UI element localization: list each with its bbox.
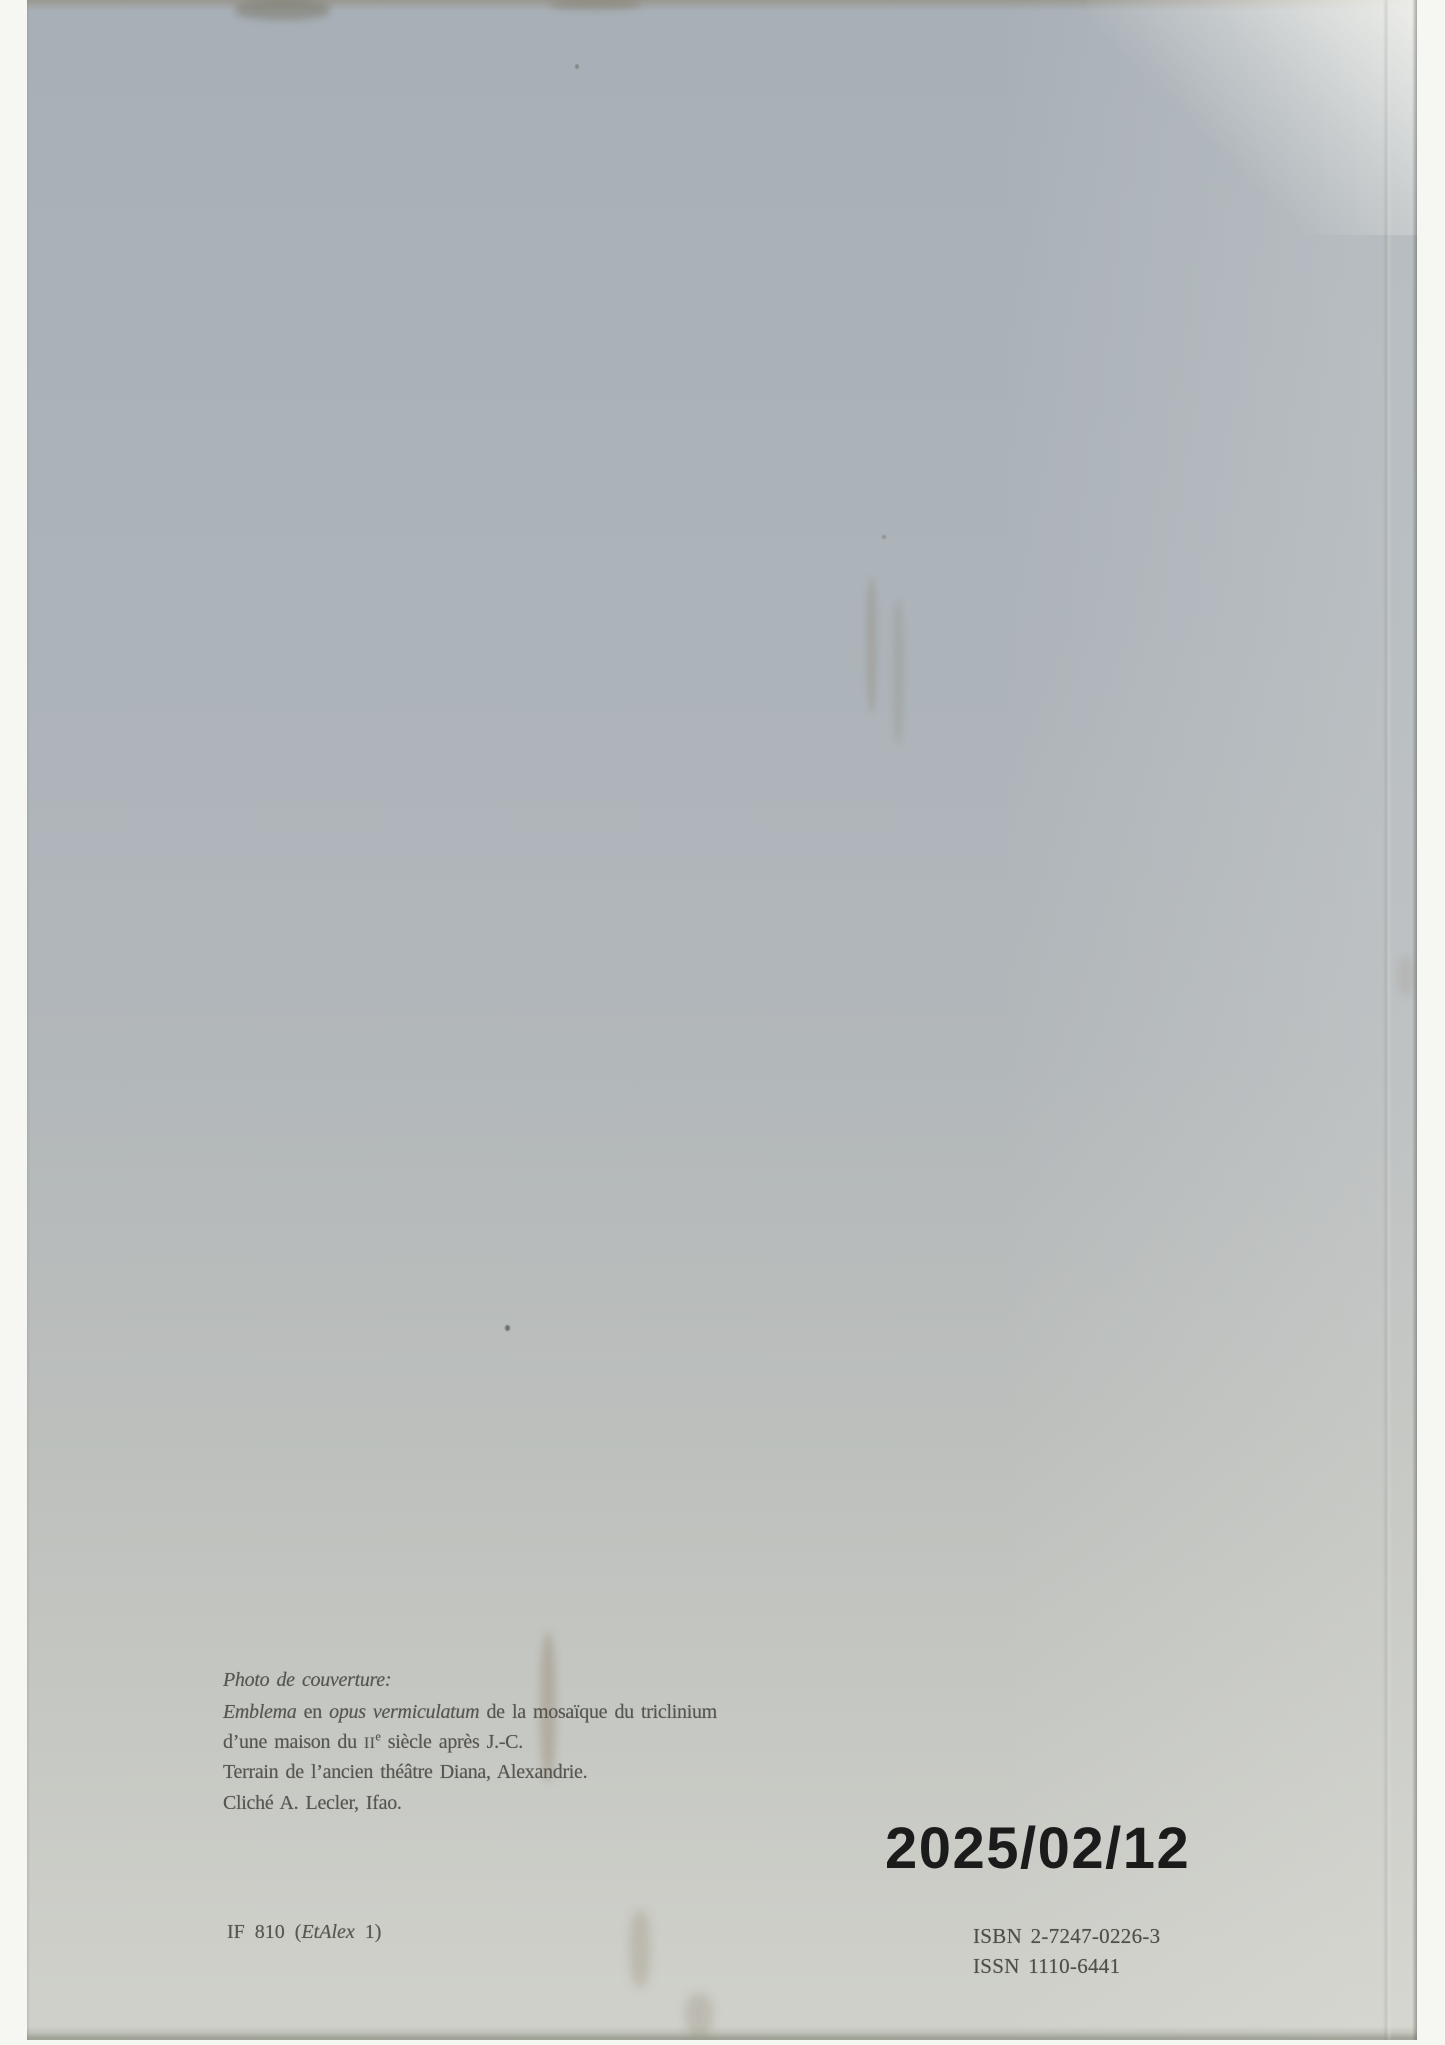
date-stamp: 2025/02/12 (885, 1820, 1190, 1878)
scanned-book-back-cover: Photo de couverture: Emblema en opus ver… (0, 0, 1445, 2045)
crease-line (1385, 0, 1387, 2040)
caption-italic-segment: Emblema (223, 1701, 296, 1723)
imprint-italic-segment: EtAlex (301, 1921, 354, 1943)
speck (505, 1325, 510, 1331)
cover-photo-caption-line-4: Terrain de l’ancien théâtre Diana, Alexa… (223, 1760, 587, 1784)
cover-photo-caption-line-3: d’une maison du IIe siècle après J.-C. (223, 1730, 523, 1756)
caption-segment: siècle après J.-C. (381, 1731, 523, 1753)
caption-segment: d’une maison du (223, 1731, 364, 1753)
cover-photo-caption-line-1: Photo de couverture: (223, 1668, 391, 1692)
stain-mark (893, 600, 904, 745)
stain-mark (630, 1910, 650, 1988)
imprint-segment: IF 810 ( (227, 1921, 301, 1943)
caption-smallcaps-segment: II (364, 1735, 375, 1752)
caption-segment: en (296, 1701, 329, 1723)
stain-mark (685, 1993, 713, 2037)
stain-mark (866, 578, 877, 713)
speck (882, 535, 886, 539)
bottom-edge-shadow (27, 2026, 1417, 2040)
crease-line (1388, 0, 1390, 2040)
caption-italic-segment: opus vermiculatum (329, 1701, 479, 1723)
book-cover: Photo de couverture: Emblema en opus ver… (27, 0, 1417, 2040)
caption-segment: de la mosaïque du triclinium (479, 1701, 717, 1723)
right-side-sheen (997, 0, 1417, 2040)
cover-photo-caption-line-5: Cliché A. Lecler, Ifao. (223, 1791, 402, 1815)
left-edge-shadow (27, 0, 30, 2040)
stain-mark (235, 0, 330, 20)
isbn: ISBN 2-7247-0226-3 (973, 1924, 1160, 1949)
publisher-imprint-code: IF 810 (EtAlex 1) (227, 1921, 381, 1944)
cover-photo-caption-line-2: Emblema en opus vermiculatum de la mosaï… (223, 1700, 717, 1724)
speck (575, 64, 579, 69)
right-edge-shadow (1412, 0, 1417, 2040)
issn: ISSN 1110-6441 (973, 1954, 1120, 1979)
stain-mark (550, 0, 640, 10)
stain-mark (1398, 956, 1414, 996)
corner-sheen (1087, 0, 1417, 235)
imprint-segment: 1) (355, 1921, 382, 1943)
